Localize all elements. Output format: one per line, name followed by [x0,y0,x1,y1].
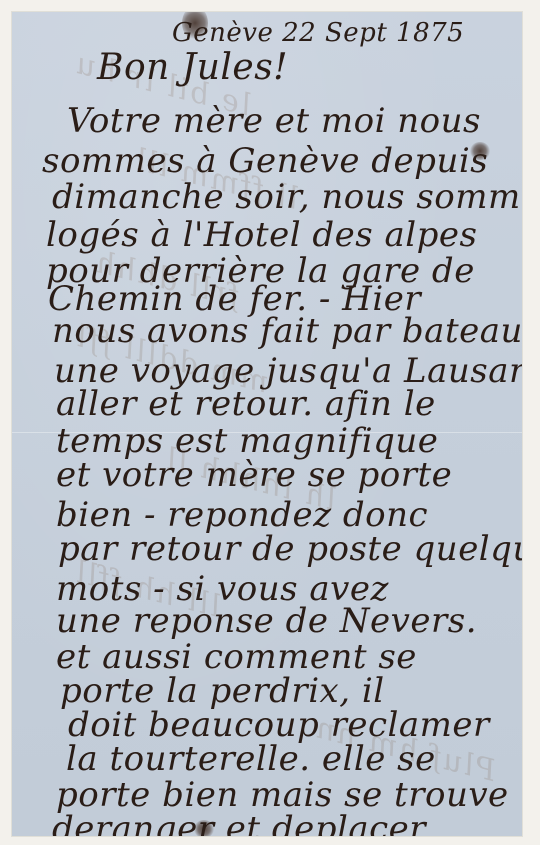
letter-line: aller et retour. afin le [56,387,436,421]
letter-date: Genève 22 Sept 1875 [172,20,464,46]
letter-line: la tourterelle. elle se [66,742,436,776]
letter-line: sommes à Genève depuis [42,144,488,178]
letter-line: temps est magnifique [56,424,438,458]
letter-line: une reponse de Nevers. [56,604,477,638]
letter-line: une voyage jusqu'a Lausanne [54,354,522,388]
letter-line: dimanche soir, nous sommes [52,180,522,214]
letter-line: porte la perdrix, il [60,674,385,708]
letter-line: bien - repondez donc [56,498,428,532]
letter-line: porte bien mais se trouve [56,778,509,812]
letter-line: deranger et deplacer [52,812,426,836]
letter-line: et aussi comment se [56,640,417,674]
letter-salutation: Bon Jules! [97,50,288,86]
letter-sheet: le bil lr hu ll ffmm lll frll dhhh mm dd… [12,12,522,836]
letter-line: logés à l'Hotel des alpes [46,218,478,252]
letter-line: et votre mère se porte [56,458,452,492]
letter-line: par retour de poste quelques [58,532,522,566]
letter-line: nous avons fait par bateau [52,314,522,348]
letter-line: Votre mère et moi nous [67,104,481,138]
letter-line: doit beaucoup reclamer [68,708,490,742]
